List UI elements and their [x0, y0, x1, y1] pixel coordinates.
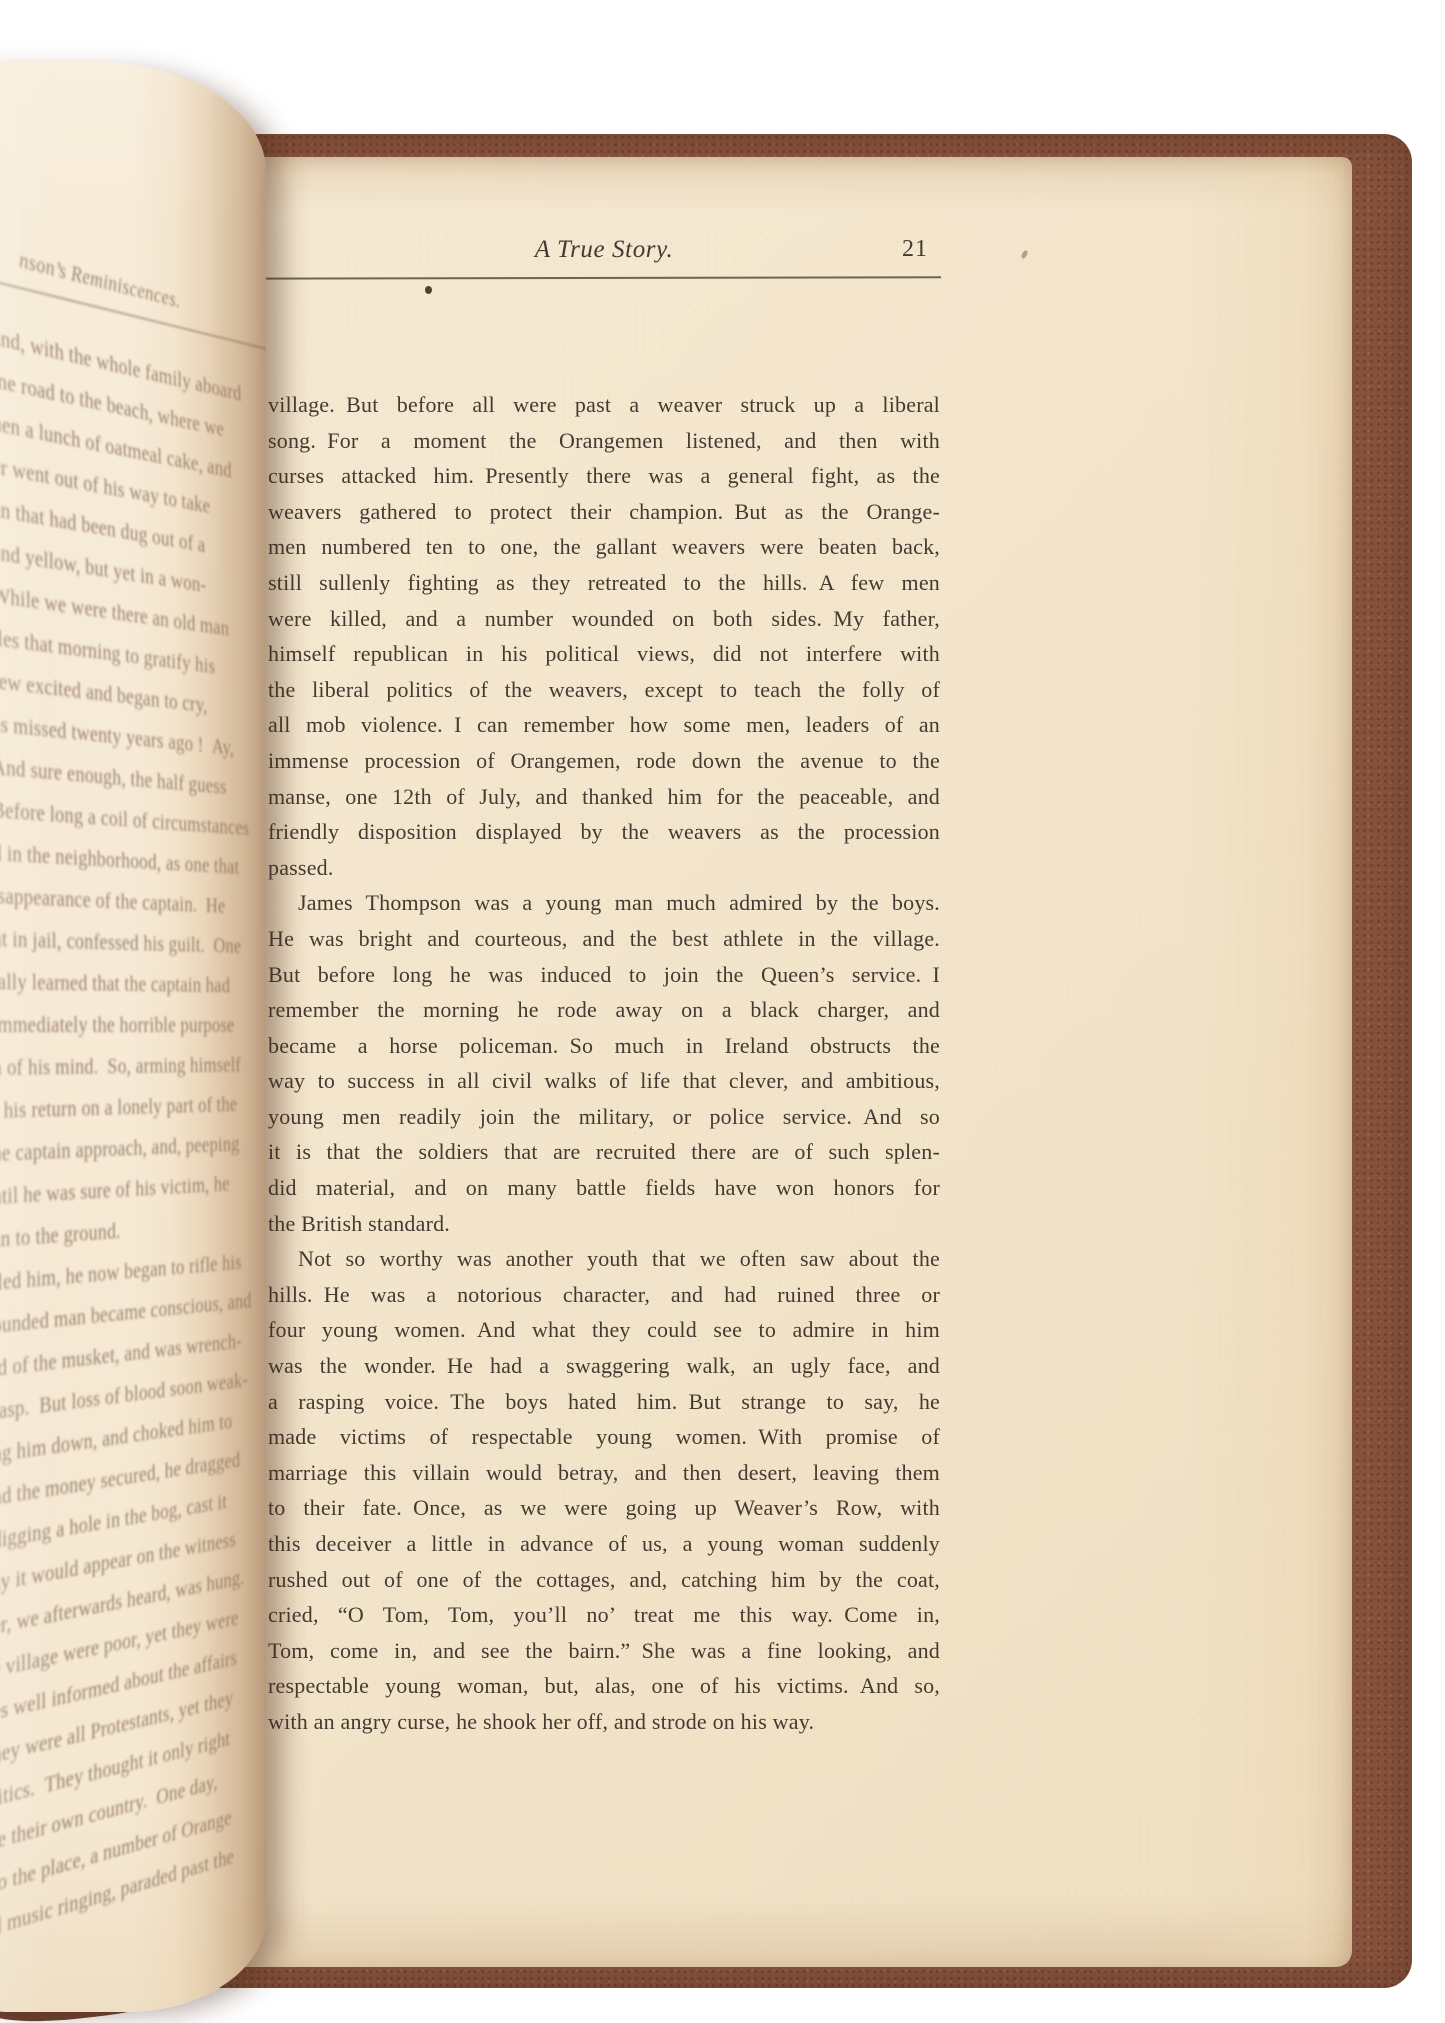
text-line: James Thompson was a young man much admi… — [268, 885, 940, 921]
text-line: friendly disposition displayed by the we… — [268, 814, 940, 850]
text-line: still sullenly fighting as they retreate… — [268, 565, 940, 601]
text-line: did material, and on many battle fields … — [268, 1170, 940, 1206]
text-line: the British standard. — [268, 1206, 940, 1242]
text-line: the liberal politics of the weavers, exc… — [268, 672, 940, 708]
text-line: way to success in all civil walks of lif… — [268, 1063, 940, 1099]
text-line: made victims of respectable young women.… — [268, 1419, 940, 1455]
book-photo: A True Story. 21 village. But before all… — [0, 0, 1445, 2023]
running-header: A True Story. 21 — [268, 236, 940, 278]
text-line: this deceiver a little in advance of us,… — [268, 1526, 940, 1562]
text-line: himself republican in his political view… — [268, 636, 940, 672]
text-line: immediately the horrible purpose — [0, 1004, 266, 1047]
right-page-text-block: A True Story. 21 village. But before all… — [268, 236, 940, 278]
page-number: 21 — [902, 236, 928, 263]
text-line: all mob violence. I can remember how som… — [268, 707, 940, 743]
text-line: weavers gathered to protect their champi… — [268, 494, 940, 530]
text-line: was the wonder. He had a swaggering walk… — [268, 1348, 940, 1384]
text-line: became a horse policeman. So much in Ire… — [268, 1028, 940, 1064]
text-line: passed. — [268, 850, 940, 886]
text-line: curses attacked him. Presently there was… — [268, 458, 940, 494]
text-line: Not so worthy was another youth that we … — [268, 1241, 940, 1277]
text-line: it is that the soldiers that are recruit… — [268, 1134, 940, 1170]
text-line: remember the morning he rode away on a b… — [268, 992, 940, 1028]
text-line: manse, one 12th of July, and thanked him… — [268, 779, 940, 815]
text-line: n of his mind. So, arming himself — [0, 1045, 266, 1090]
text-line: tally learned that the captain had — [0, 961, 266, 1007]
paragraph: Not so worthy was another youth that we … — [268, 1241, 940, 1739]
ink-speck — [425, 286, 432, 294]
text-line: young men readily join the military, or … — [268, 1099, 940, 1135]
text-line: immense procession of Orangemen, rode do… — [268, 743, 940, 779]
text-line: village. But before all were past a weav… — [268, 387, 940, 423]
left-page: nson’s Reminiscences. and, with the whol… — [0, 62, 266, 2012]
text-line: men numbered ten to one, the gallant wea… — [268, 529, 940, 565]
text-line: song. For a moment the Orangemen listene… — [268, 423, 940, 459]
text-line: cried, “O Tom, Tom, you’ll no’ treat me … — [268, 1597, 940, 1633]
text-line: He was bright and courteous, and the bes… — [268, 921, 940, 957]
text-line: with an angry curse, he shook her off, a… — [268, 1704, 940, 1740]
text-line: four young women. And what they could se… — [268, 1312, 940, 1348]
left-body-text: and, with the whole family aboardine roa… — [0, 316, 266, 1950]
text-line: were killed, and a number wounded on bot… — [268, 601, 940, 637]
text-line: a rasping voice. The boys hated him. But… — [268, 1384, 940, 1420]
text-line: hills. He was a notorious character, and… — [268, 1277, 940, 1313]
header-rule — [222, 276, 941, 280]
text-line: rushed out of one of the cottages, and, … — [268, 1562, 940, 1598]
right-page: A True Story. 21 village. But before all… — [163, 157, 1352, 1967]
text-line: respectable young woman, but, alas, one … — [268, 1668, 940, 1704]
text-line: Tom, come in, and see the bairn.” She wa… — [268, 1633, 940, 1669]
text-line: marriage this villain would betray, and … — [268, 1455, 940, 1491]
body-text: village. But before all were past a weav… — [268, 387, 940, 1740]
page-title: A True Story. — [268, 236, 940, 264]
paragraph: James Thompson was a young man much admi… — [268, 885, 940, 1241]
left-page-text-block: nson’s Reminiscences. and, with the whol… — [0, 240, 266, 1950]
paragraph: village. But before all were past a weav… — [268, 387, 940, 885]
text-line: But before long he was induced to join t… — [268, 957, 940, 993]
text-line: to their fate. Once, as we were going up… — [268, 1490, 940, 1526]
